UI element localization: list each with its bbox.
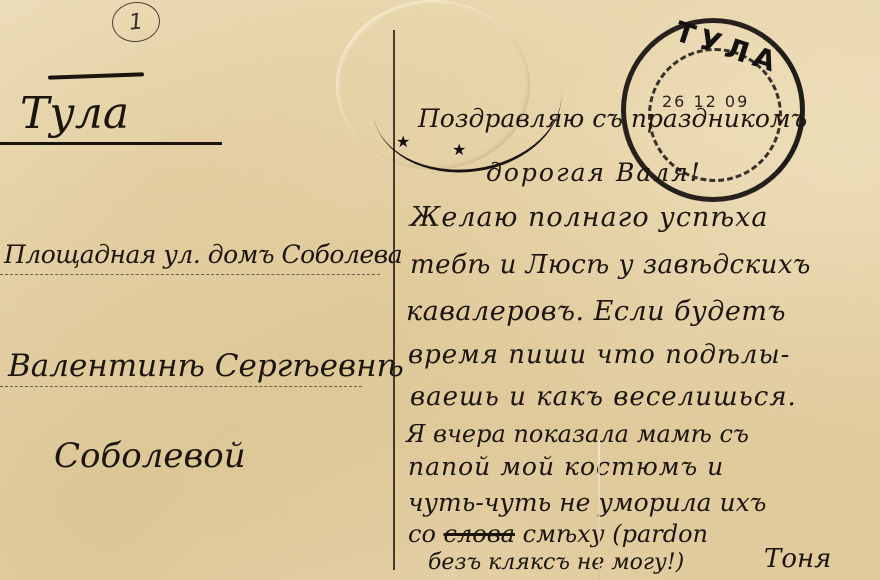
message-line-1: Поздравляю съ праздникомъ (418, 104, 807, 133)
message-line-10: чуть-чуть не уморила ихъ (408, 488, 766, 517)
message-line-11: со слова смѣху (pardon (408, 520, 708, 548)
page-number: 1 (128, 9, 145, 35)
struck-out-word: слова (444, 520, 515, 548)
address-line-2 (0, 386, 362, 387)
star-icon: ★ (452, 140, 466, 159)
message-line-11-prefix: со (408, 520, 436, 548)
address-city: Тула (20, 88, 129, 139)
message-line-5: кавалеровъ. Если будетъ (406, 296, 786, 327)
paper-crease (598, 440, 600, 580)
message-line-8: Я вчера показала мамѣ съ (406, 420, 749, 448)
postcard: 1 Тула Площадная ул. домъ Соболева Вален… (0, 0, 880, 580)
city-underline (0, 142, 222, 145)
address-recipient-surname: Соболевой (54, 436, 246, 476)
address-street: Площадная ул. домъ Соболева (4, 240, 402, 269)
city-flourish (48, 72, 144, 79)
message-line-3: Желаю полнаго успѣха (410, 202, 768, 233)
signature: Тоня (764, 544, 831, 574)
address-line-1 (0, 274, 380, 275)
message-line-9: папой мой костюмъ и (408, 452, 724, 481)
message-line-7: ваешь и какъ веселишься. (410, 382, 797, 412)
star-icon: ★ (396, 132, 410, 151)
message-line-6: время пиши что подѣлы- (408, 340, 790, 370)
message-line-4: тебѣ и Люсѣ у завѣдскихъ (410, 250, 811, 280)
message-line-2: дорогая Валя! (486, 158, 702, 187)
address-recipient-name: Валентинѣ Сергѣевнѣ (8, 348, 404, 384)
page-number-badge: 1 (110, 0, 162, 44)
message-last-line: безъ кляксъ не могу!) (428, 550, 684, 575)
message-line-11-suffix: смѣху (pardon (523, 520, 708, 548)
